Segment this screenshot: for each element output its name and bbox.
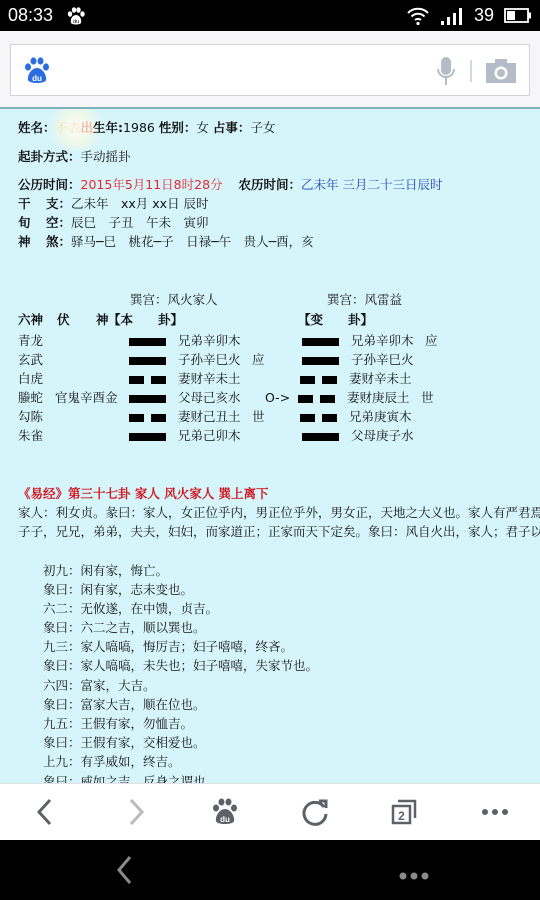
ganzhi-label-1: 干 — [18, 196, 46, 212]
battery-level: 39 — [474, 5, 494, 26]
search-divider — [470, 60, 472, 82]
baidu-paw-icon: du — [211, 797, 239, 827]
refresh-button[interactable] — [295, 794, 335, 830]
battery-icon — [504, 8, 532, 23]
changed-yao-mark: 应 — [425, 333, 438, 349]
signal-icon — [440, 7, 466, 25]
yin-line-icon — [298, 395, 335, 403]
info-row-basic: 姓名：不表出生年:1986 性别：女 占事：子女 — [18, 120, 275, 136]
matter-label: 占事： — [213, 120, 251, 135]
info-row-method: 起卦方式：手动摇卦 — [18, 149, 131, 165]
gender-label: 性别： — [159, 120, 197, 135]
svg-text:du: du — [32, 74, 42, 83]
name-tail: 出 — [81, 120, 94, 135]
xunkong-label-1: 旬 — [18, 215, 46, 231]
header-shen: 神 — [96, 312, 109, 328]
system-back-button[interactable] — [112, 854, 140, 886]
yang-line-icon — [129, 357, 166, 365]
more-dots-icon — [481, 808, 509, 816]
yao-ci-line: 初九：闲有家，悔亡。 — [43, 563, 168, 579]
more-menu-button[interactable] — [475, 794, 515, 830]
info-row-xunkong: 旬空：辰巳 子丑 午未 寅卯 — [18, 215, 209, 231]
main-yao-text: 妻财己丑土 — [178, 409, 241, 425]
yao-ci-line: 九五：王假有家，勿恤吉。 — [43, 716, 193, 732]
yijing-text-line-2: 子子，兄兄，弟弟，夫夫，妇妇，而家道正；正家而天下定矣。象曰：风自火出，家人；君… — [18, 524, 540, 540]
system-navigation-bar — [0, 840, 540, 900]
main-yao-text: 兄弟辛卯木 — [178, 333, 241, 349]
method-value: 手动摇卦 — [81, 149, 131, 164]
ganzhi-value: 乙未年 xx月 xx日 辰时 — [71, 196, 209, 211]
shensha-label-2: 煞： — [46, 234, 71, 249]
browser-bottom-bar: du 2 — [0, 783, 540, 840]
yao-ci-line: 九三：家人嗃嗃，悔厉吉；妇子嘻嘻，终吝。 — [43, 639, 293, 655]
page-content: 姓名：不表出生年:1986 性别：女 占事：子女 起卦方式：手动摇卦 公历时间：… — [0, 107, 540, 783]
liushen-cell: 青龙 — [18, 333, 43, 349]
main-hexagram-palace: 巽宫：风火家人 — [130, 292, 218, 308]
liushen-cell: 白虎 — [18, 371, 43, 387]
chevron-right-icon — [126, 798, 146, 826]
back-button[interactable] — [25, 794, 65, 830]
chevron-left-icon — [35, 798, 55, 826]
header-main-hexagram: 【本 卦】 — [108, 312, 183, 328]
liushen-cell: 朱雀 — [18, 428, 43, 444]
main-yao-mark: 世 — [252, 409, 265, 425]
status-bar: 08:33 du 39 — [0, 0, 540, 31]
changed-yao-mark: 世 — [421, 390, 434, 406]
yao-ci-line: 象曰：富家大吉，顺在位也。 — [43, 697, 206, 713]
yang-line-icon — [129, 433, 166, 441]
yao-ci-line: 象曰：闲有家，志未变也。 — [43, 582, 193, 598]
baidu-logo-icon[interactable]: du — [23, 55, 51, 87]
yang-line-icon — [302, 338, 339, 346]
changed-yao-text: 妻财庚辰土 — [347, 390, 410, 406]
changed-yao-text: 兄弟庚寅木 — [349, 409, 412, 425]
yao-ci-line: 象曰：家人嗃嗃，未失也；妇子嘻嘻，失家节也。 — [43, 658, 318, 674]
gender-value: 女 — [196, 120, 209, 135]
method-label: 起卦方式： — [18, 149, 81, 164]
yao-ci-line: 上九：有孚威如，终吉。 — [43, 754, 181, 770]
lunar-time-label: 农历时间： — [239, 177, 302, 192]
moving-indicator: O-> — [265, 390, 290, 406]
yao-ci-line: 六二：无攸遂，在中馈，贞吉。 — [43, 601, 218, 617]
svg-text:du: du — [73, 19, 79, 25]
camera-icon[interactable] — [485, 58, 517, 84]
baidu-paw-notification-icon: du — [66, 6, 86, 26]
yang-line-icon — [302, 433, 339, 441]
changed-yao-text: 妻财辛未土 — [349, 371, 412, 387]
xunkong-value: 辰巳 子丑 午未 寅卯 — [71, 215, 209, 230]
yao-ci-line: 象曰：威如之吉，反身之谓也。 — [43, 774, 218, 783]
changed-hexagram-palace: 巽宫：风雷益 — [327, 292, 402, 308]
system-menu-button[interactable] — [398, 866, 430, 876]
shensha-label-1: 神 — [18, 234, 46, 250]
name-value: 不表 — [56, 120, 81, 135]
yao-ci-line: 象曰：王假有家，交相爱也。 — [43, 735, 206, 751]
birth-label: 生年: — [93, 120, 123, 135]
ganzhi-label-2: 支： — [46, 196, 71, 211]
forward-button[interactable] — [116, 794, 156, 830]
yin-line-icon — [300, 376, 337, 384]
liushen-cell: 玄武 — [18, 352, 43, 368]
yang-line-icon — [302, 357, 339, 365]
lunar-time-value: 乙未年 三月二十三日辰时 — [301, 177, 442, 192]
svg-text:du: du — [220, 815, 230, 824]
matter-value: 子女 — [250, 120, 275, 135]
search-input[interactable]: du — [10, 44, 530, 96]
info-row-time: 公历时间：2015年5月11日8时28分 农历时间：乙未年 三月二十三日辰时 — [18, 177, 443, 193]
header-fu: 伏 — [57, 312, 70, 328]
liushen-cell: 螣蛇 — [18, 390, 43, 406]
yin-line-icon — [300, 414, 337, 422]
main-yao-text: 子孙辛巳火 — [178, 352, 241, 368]
main-yao-mark: 应 — [252, 352, 265, 368]
refresh-icon — [301, 798, 329, 826]
birth-value: 1986 — [123, 120, 155, 135]
yao-ci-line: 六四：富家，大吉。 — [43, 678, 156, 694]
yao-ci-line: 象曰：六二之吉，顺以巽也。 — [43, 620, 206, 636]
yin-line-icon — [129, 414, 166, 422]
header-liushen: 六神 — [18, 312, 43, 328]
changed-yao-text: 父母庚子水 — [351, 428, 414, 444]
wifi-icon — [406, 6, 430, 26]
browser-top-bar: du — [0, 31, 540, 107]
chevron-left-icon — [112, 854, 140, 886]
solar-time-value: 2015年5月11日8时28分 — [81, 177, 223, 192]
solar-time-label: 公历时间： — [18, 177, 81, 192]
yang-line-icon — [129, 338, 166, 346]
more-dots-icon — [398, 871, 430, 881]
tabs-button[interactable]: 2 — [384, 794, 424, 830]
svg-text:2: 2 — [398, 809, 405, 823]
status-time: 08:33 — [8, 5, 53, 26]
main-yao-text: 兄弟己卯木 — [178, 428, 241, 444]
main-yao-text: 父母己亥水 — [178, 390, 241, 406]
changed-yao-text: 子孙辛巳火 — [351, 352, 414, 368]
yang-line-icon — [129, 395, 166, 403]
liushen-cell: 勾陈 — [18, 409, 43, 425]
baidu-home-button[interactable]: du — [205, 794, 245, 830]
changed-yao-text: 兄弟辛卯木 — [351, 333, 414, 349]
header-changed-hexagram: 【变 卦】 — [298, 312, 373, 328]
xunkong-label-2: 空： — [46, 215, 71, 230]
yin-line-icon — [129, 376, 166, 384]
yijing-title: 《易经》第三十七卦 家人 风火家人 巽上离下 — [18, 486, 269, 502]
shensha-value: 驿马─巳 桃花─子 日禄─午 贵人─酉，亥 — [71, 234, 314, 249]
name-label: 姓名： — [18, 120, 56, 135]
yijing-text-line-1: 家人：利女贞。彖曰：家人，女正位乎内，男正位乎外，男女正，天地之大义也。家人有严… — [18, 505, 540, 521]
fushen-cell: 官鬼辛酉金 — [55, 390, 118, 406]
tabs-icon: 2 — [390, 798, 418, 826]
microphone-icon[interactable] — [435, 55, 457, 87]
info-row-shensha: 神煞：驿马─巳 桃花─子 日禄─午 贵人─酉，亥 — [18, 234, 314, 250]
info-row-ganzhi: 干支：乙未年 xx月 xx日 辰时 — [18, 196, 209, 212]
main-yao-text: 妻财辛未土 — [178, 371, 241, 387]
